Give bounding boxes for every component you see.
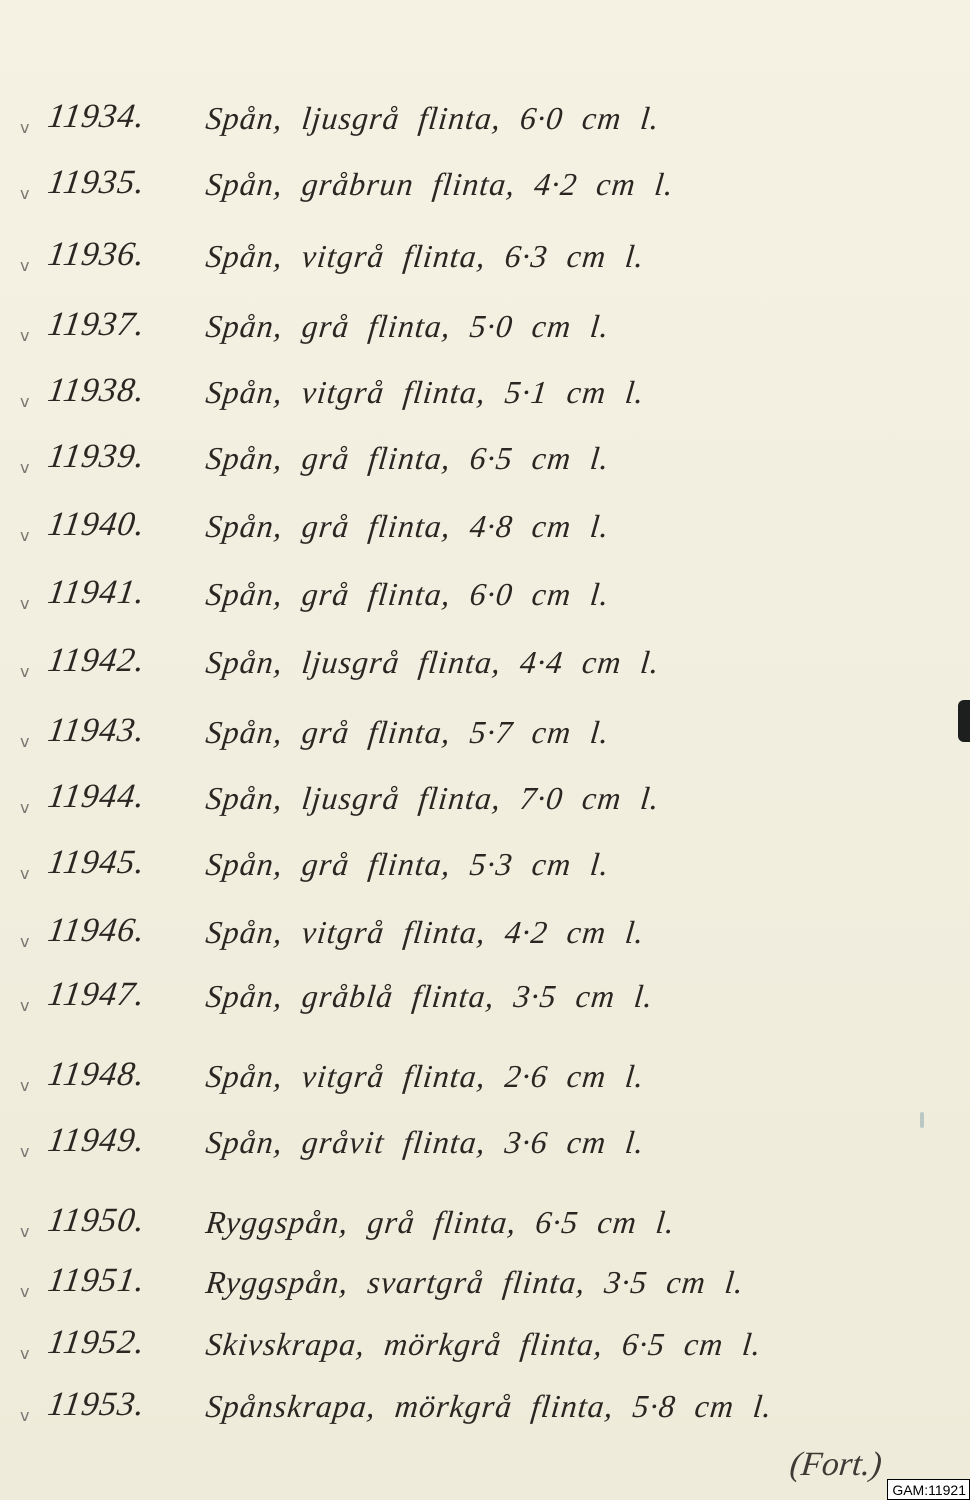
check-mark: v [20, 662, 29, 681]
check-mark: v [20, 996, 29, 1015]
check-mark: v [20, 118, 29, 137]
catalogue-entry: v 11947. Spån, gråblå flinta, 3·5 cm l. [0, 970, 960, 1030]
catalogue-entry: v 11949. Spån, gråvit flinta, 3·6 cm l. [0, 1116, 960, 1176]
check-mark: v [20, 1076, 29, 1095]
catalogue-entry: v 11952. Skivskrapa, mörkgrå flinta, 6·5… [0, 1318, 960, 1378]
entry-number: 11946. [45, 912, 147, 950]
entry-description: Spån, ljusgrå flinta, 4·4 cm l. [204, 644, 661, 681]
catalogue-entry: v 11945. Spån, grå flinta, 5·3 cm l. [0, 838, 960, 898]
catalogue-entry: v 11940. Spån, grå flinta, 4·8 cm l. [0, 500, 960, 560]
entry-description: Spån, grå flinta, 6·0 cm l. [204, 576, 611, 613]
entry-number: 11935. [45, 164, 147, 202]
document-page: v 11934. Spån, ljusgrå flinta, 6·0 cm l.… [0, 0, 970, 1500]
check-mark: v [20, 526, 29, 545]
entry-number: 11941. [45, 574, 147, 612]
entry-number: 11940. [45, 506, 147, 544]
entry-number: 11951. [45, 1262, 147, 1300]
check-mark: v [20, 326, 29, 345]
catalogue-entry: v 11951. Ryggspån, svartgrå flinta, 3·5 … [0, 1256, 960, 1316]
entry-number: 11952. [45, 1324, 147, 1362]
continuation-note: (Fort.) [788, 1446, 884, 1484]
edge-ink-mark [958, 700, 970, 742]
entry-number: 11948. [45, 1056, 147, 1094]
catalogue-entry: v 11953. Spånskrapa, mörkgrå flinta, 5·8… [0, 1380, 960, 1440]
check-mark: v [20, 184, 29, 203]
entry-number: 11942. [45, 642, 147, 680]
catalogue-entry: v 11950. Ryggspån, grå flinta, 6·5 cm l. [0, 1196, 960, 1256]
entry-number: 11943. [45, 712, 147, 750]
catalogue-entry: v 11943. Spån, grå flinta, 5·7 cm l. [0, 706, 960, 766]
check-mark: v [20, 458, 29, 477]
entry-number: 11944. [45, 778, 147, 816]
check-mark: v [20, 1344, 29, 1363]
entry-description: Spån, grå flinta, 6·5 cm l. [204, 440, 611, 477]
entry-description: Spån, grå flinta, 5·0 cm l. [204, 308, 611, 345]
catalogue-entry: v 11935. Spån, gråbrun flinta, 4·2 cm l. [0, 158, 960, 218]
entry-description: Ryggspån, svartgrå flinta, 3·5 cm l. [204, 1264, 746, 1301]
check-mark: v [20, 798, 29, 817]
entry-number: 11945. [45, 844, 147, 882]
entry-description: Spån, vitgrå flinta, 2·6 cm l. [204, 1058, 646, 1095]
check-mark: v [20, 1142, 29, 1161]
entry-description: Spån, grå flinta, 4·8 cm l. [204, 508, 611, 545]
catalogue-entry: v 11944. Spån, ljusgrå flinta, 7·0 cm l. [0, 772, 960, 832]
catalogue-entry: v 11937. Spån, grå flinta, 5·0 cm l. [0, 300, 960, 360]
entry-number: 11937. [45, 306, 147, 344]
entry-description: Spån, vitgrå flinta, 4·2 cm l. [204, 914, 646, 951]
catalogue-entry: v 11936. Spån, vitgrå flinta, 6·3 cm l. [0, 230, 960, 290]
entry-number: 11949. [45, 1122, 147, 1160]
entry-description: Spån, gråblå flinta, 3·5 cm l. [204, 978, 655, 1015]
entry-number: 11938. [45, 372, 147, 410]
entry-number: 11947. [45, 976, 147, 1014]
entry-description: Spån, vitgrå flinta, 5·1 cm l. [204, 374, 646, 411]
check-mark: v [20, 1222, 29, 1241]
entry-description: Spån, ljusgrå flinta, 7·0 cm l. [204, 780, 661, 817]
check-mark: v [20, 392, 29, 411]
entry-description: Spån, grå flinta, 5·7 cm l. [204, 714, 611, 751]
entry-description: Ryggspån, grå flinta, 6·5 cm l. [204, 1204, 677, 1241]
entry-number: 11936. [45, 236, 147, 274]
check-mark: v [20, 932, 29, 951]
entry-description: Spån, vitgrå flinta, 6·3 cm l. [204, 238, 646, 275]
check-mark: v [20, 594, 29, 613]
paper-speck [920, 1112, 924, 1128]
catalogue-entry: v 11948. Spån, vitgrå flinta, 2·6 cm l. [0, 1050, 960, 1110]
catalogue-entry: v 11934. Spån, ljusgrå flinta, 6·0 cm l. [0, 92, 960, 152]
entry-number: 11953. [45, 1386, 147, 1424]
entry-number: 11939. [45, 438, 147, 476]
check-mark: v [20, 1406, 29, 1425]
entry-description: Spån, gråvit flinta, 3·6 cm l. [204, 1124, 646, 1161]
entry-description: Spånskrapa, mörkgrå flinta, 5·8 cm l. [204, 1388, 774, 1425]
catalogue-entry: v 11938. Spån, vitgrå flinta, 5·1 cm l. [0, 366, 960, 426]
entry-description: Spån, grå flinta, 5·3 cm l. [204, 846, 611, 883]
check-mark: v [20, 732, 29, 751]
catalogue-entry: v 11946. Spån, vitgrå flinta, 4·2 cm l. [0, 906, 960, 966]
catalogue-entry: v 11942. Spån, ljusgrå flinta, 4·4 cm l. [0, 636, 960, 696]
check-mark: v [20, 256, 29, 275]
entry-description: Spån, gråbrun flinta, 4·2 cm l. [204, 166, 676, 203]
check-mark: v [20, 1282, 29, 1301]
catalogue-entry: v 11939. Spån, grå flinta, 6·5 cm l. [0, 432, 960, 492]
entry-number: 11934. [45, 98, 147, 136]
catalogue-entry: v 11941. Spån, grå flinta, 6·0 cm l. [0, 568, 960, 628]
entry-description: Skivskrapa, mörkgrå flinta, 6·5 cm l. [204, 1326, 763, 1363]
catalogue-stamp: GAM:11921 [887, 1479, 970, 1500]
entry-number: 11950. [45, 1202, 147, 1240]
entry-description: Spån, ljusgrå flinta, 6·0 cm l. [204, 100, 661, 137]
check-mark: v [20, 864, 29, 883]
